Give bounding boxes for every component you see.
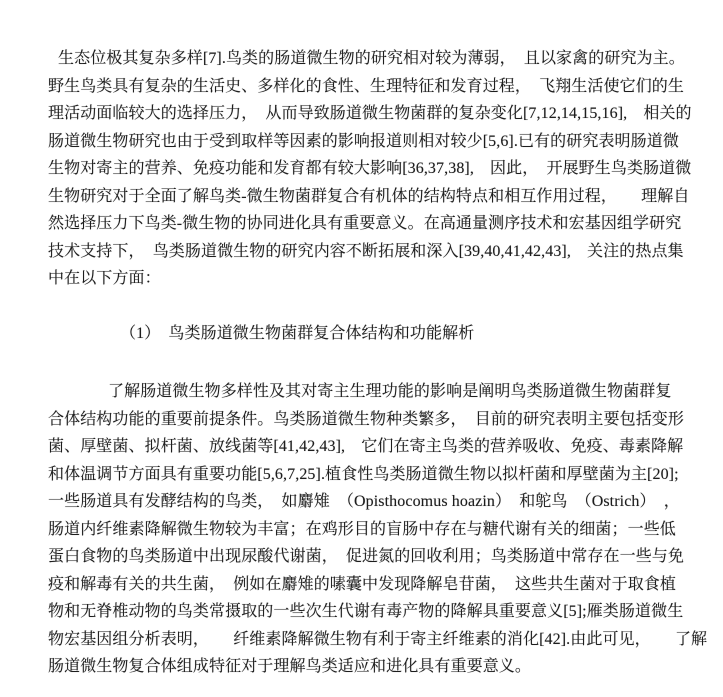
text-line: 蛋白食物的鸟类肠道中出现尿酸代谢菌， 促进氮的回收利用；鸟类肠道中常存在一些与免 xyxy=(48,543,696,571)
text-line: 技术支持下， 鸟类肠道微生物的研究内容不断拓展和深入[39,40,41,42,4… xyxy=(48,238,696,266)
text-line: 一些肠道具有发酵结构的鸟类， 如麝雉 （Opisthocomus hoazin）… xyxy=(48,488,696,516)
paragraph-intro: 生态位极其复杂多样[7].鸟类的肠道微生物的研究相对较为薄弱， 且以家禽的研究为… xyxy=(48,45,696,293)
text-line: 理活动面临较大的选择压力， 从而导致肠道微生物菌群的复杂变化[7,12,14,1… xyxy=(48,100,696,128)
document-content: 生态位极其复杂多样[7].鸟类的肠道微生物的研究相对较为薄弱， 且以家禽的研究为… xyxy=(48,45,696,681)
text-line: 物宏基因组分析表明， 纤维素降解微生物有利于寄主纤维素的消化[42].由此可见，… xyxy=(48,626,696,654)
text-line: 肠道微生物复合体组成特征对于理解鸟类适应和进化具有重要意义。 xyxy=(48,653,696,681)
text-line: 和体温调节方面具有重要功能[5,6,7,25].植食性鸟类肠道微生物以拟杆菌和厚… xyxy=(48,461,696,489)
text-line: 生态位极其复杂多样[7].鸟类的肠道微生物的研究相对较为薄弱， 且以家禽的研究为… xyxy=(48,45,696,73)
section-heading-text: （1） 鸟类肠道微生物菌群复合体结构和功能解析 xyxy=(48,320,696,348)
document-page: 生态位极其复杂多样[7].鸟类的肠道微生物的研究相对较为薄弱， 且以家禽的研究为… xyxy=(0,0,723,697)
section-heading: （1） 鸟类肠道微生物菌群复合体结构和功能解析 xyxy=(48,320,696,348)
text-line: 野生鸟类具有复杂的生活史、多样化的食性、生理特征和发育过程， 飞翔生活使它们的生 xyxy=(48,73,696,101)
text-line: 物和无脊椎动物的鸟类常摄取的一些次生代谢有毒产物的降解具重要意义[5];雁类肠道… xyxy=(48,598,696,626)
text-line: 然选择压力下鸟类-微生物的协同进化具有重要意义。在高通量测序技术和宏基因组学研究 xyxy=(48,210,696,238)
text-line: 中在以下方面： xyxy=(48,265,696,293)
paragraph-body: 了解肠道微生物多样性及其对寄主生理功能的影响是阐明鸟类肠道微生物菌群复 合体结构… xyxy=(48,378,696,681)
text-line: 疫和解毒有关的共生菌， 例如在麝雉的嗉囊中发现降解皂苷菌， 这些共生菌对于取食植 xyxy=(48,571,696,599)
text-line: 菌、厚壁菌、拟杆菌、放线菌等[41,42,43], 它们在寄主鸟类的营养吸收、免… xyxy=(48,433,696,461)
text-line: 肠道内纤维素降解微生物较为丰富；在鸡形目的盲肠中存在与糖代谢有关的细菌；一些低 xyxy=(48,516,696,544)
text-line: 生物研究对于全面了解鸟类-微生物菌群复合有机体的结构特点和相互作用过程， 理解自 xyxy=(48,183,696,211)
text-line: 生物对寄主的营养、免疫功能和发育都有较大影响[36,37,38], 因此， 开展… xyxy=(48,155,696,183)
text-line: 肠道微生物研究也由于受到取样等因素的影响报道则相对较少[5,6].已有的研究表明… xyxy=(48,128,696,156)
text-line: 了解肠道微生物多样性及其对寄主生理功能的影响是阐明鸟类肠道微生物菌群复 xyxy=(48,378,696,406)
text-line: 合体结构功能的重要前提条件。鸟类肠道微生物种类繁多， 目前的研究表明主要包括变形 xyxy=(48,406,696,434)
